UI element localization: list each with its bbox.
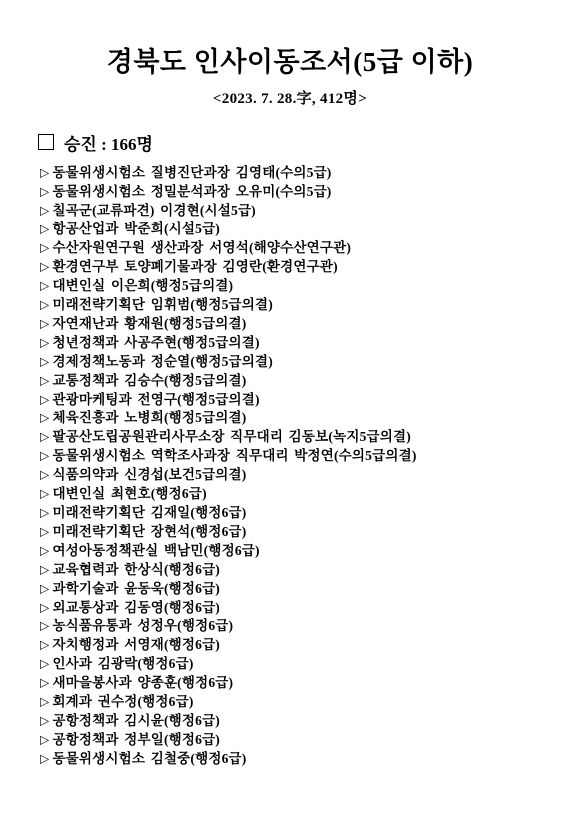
item-text: 교육협력과 한상식(행정6급) xyxy=(52,562,220,577)
item-text: 공항정책과 김시윤(행정6급) xyxy=(52,713,220,728)
triangle-bullet-icon: ▷ xyxy=(40,541,49,560)
item-text: 새마을봉사과 양종훈(행정6급) xyxy=(52,675,233,690)
triangle-bullet-icon: ▷ xyxy=(40,522,49,541)
list-item: ▷교육협력과 한상식(행정6급) xyxy=(40,561,580,580)
item-text: 여성아동정책관실 백남민(행정6급) xyxy=(52,543,259,558)
list-item: ▷대변인실 최현호(행정6급) xyxy=(40,485,580,504)
list-item: ▷칠곡군(교류파견) 이경현(시설5급) xyxy=(40,202,580,221)
square-bullet-icon: □ xyxy=(38,134,54,150)
item-text: 경제정책노동과 정순열(행정5급의결) xyxy=(52,354,273,369)
triangle-bullet-icon: ▷ xyxy=(40,371,49,390)
triangle-bullet-icon: ▷ xyxy=(40,504,49,523)
list-item: ▷자연재난과 황재원(행정5급의결) xyxy=(40,315,580,334)
triangle-bullet-icon: ▷ xyxy=(40,655,49,674)
triangle-bullet-icon: ▷ xyxy=(40,730,49,749)
item-text: 동물위생시험소 역학조사과장 직무대리 박정연(수의5급의결) xyxy=(52,448,416,463)
list-item: ▷외교통상과 김동영(행정6급) xyxy=(40,599,580,618)
list-item: ▷관광마케팅과 전영구(행정5급의결) xyxy=(40,391,580,410)
item-text: 청년정책과 사공주현(행정5급의결) xyxy=(52,335,259,350)
triangle-bullet-icon: ▷ xyxy=(40,693,49,712)
triangle-bullet-icon: ▷ xyxy=(40,749,49,768)
item-text: 공항정책과 정부일(행정6급) xyxy=(52,732,220,747)
item-text: 미래전략기획단 장현석(행정6급) xyxy=(52,524,246,539)
triangle-bullet-icon: ▷ xyxy=(40,466,49,485)
item-text: 환경연구부 토양폐기물과장 김영란(환경연구관) xyxy=(52,259,337,274)
item-text: 동물위생시험소 정밀분석과장 오유미(수의5급) xyxy=(52,184,331,199)
list-item: ▷교통정책과 김승수(행정5급의결) xyxy=(40,372,580,391)
item-text: 수산자원연구원 생산과장 서영석(해양수산연구관) xyxy=(52,240,351,255)
list-item: ▷청년정책과 사공주현(행정5급의결) xyxy=(40,334,580,353)
promotion-list: ▷동물위생시험소 질병진단과장 김영태(수의5급)▷동물위생시험소 정밀분석과장… xyxy=(40,164,580,769)
list-item: ▷자치행정과 서영재(행정6급) xyxy=(40,636,580,655)
triangle-bullet-icon: ▷ xyxy=(40,352,49,371)
list-item: ▷공항정책과 정부일(행정6급) xyxy=(40,731,580,750)
list-item: ▷미래전략기획단 임휘범(행정5급의결) xyxy=(40,296,580,315)
triangle-bullet-icon: ▷ xyxy=(40,711,49,730)
list-item: ▷팔공산도립공원관리사무소장 직무대리 김동보(녹지5급의결) xyxy=(40,428,580,447)
section-title: 승진 : 166명 xyxy=(64,130,153,155)
document-title: 경북도 인사이동조서(5급 이하) xyxy=(0,0,580,78)
item-text: 교통정책과 김승수(행정5급의결) xyxy=(52,373,246,388)
triangle-bullet-icon: ▷ xyxy=(40,296,49,315)
document-subtitle: <2023. 7. 28.字, 412명> xyxy=(0,87,580,108)
item-text: 대변인실 최현호(행정6급) xyxy=(52,486,206,501)
list-item: ▷동물위생시험소 정밀분석과장 오유미(수의5급) xyxy=(40,183,580,202)
list-item: ▷식품의약과 신경섭(보건5급의결) xyxy=(40,466,580,485)
item-text: 회계과 권수정(행정6급) xyxy=(52,694,193,709)
triangle-bullet-icon: ▷ xyxy=(40,239,49,258)
item-text: 팔공산도립공원관리사무소장 직무대리 김동보(녹지5급의결) xyxy=(52,429,411,444)
item-text: 항공산업과 박준희(시설5급) xyxy=(52,221,220,236)
triangle-bullet-icon: ▷ xyxy=(40,390,49,409)
triangle-bullet-icon: ▷ xyxy=(40,617,49,636)
list-item: ▷회계과 권수정(행정6급) xyxy=(40,693,580,712)
list-item: ▷여성아동정책관실 백남민(행정6급) xyxy=(40,542,580,561)
list-item: ▷체육진흥과 노병희(행정5급의결) xyxy=(40,409,580,428)
list-item: ▷공항정책과 김시윤(행정6급) xyxy=(40,712,580,731)
item-text: 동물위생시험소 질병진단과장 김영태(수의5급) xyxy=(52,165,331,180)
list-item: ▷미래전략기획단 장현석(행정6급) xyxy=(40,523,580,542)
list-item: ▷과학기술과 윤동욱(행정6급) xyxy=(40,580,580,599)
list-item: ▷대변인실 이은희(행정5급의결) xyxy=(40,277,580,296)
list-item: ▷농식품유통과 성정우(행정6급) xyxy=(40,617,580,636)
item-text: 외교통상과 김동영(행정6급) xyxy=(52,600,220,615)
list-item: ▷수산자원연구원 생산과장 서영석(해양수산연구관) xyxy=(40,239,580,258)
item-text: 과학기술과 윤동욱(행정6급) xyxy=(52,581,220,596)
triangle-bullet-icon: ▷ xyxy=(40,258,49,277)
triangle-bullet-icon: ▷ xyxy=(40,314,49,333)
triangle-bullet-icon: ▷ xyxy=(40,579,49,598)
item-text: 칠곡군(교류파견) 이경현(시설5급) xyxy=(52,203,255,218)
triangle-bullet-icon: ▷ xyxy=(40,333,49,352)
item-text: 미래전략기획단 임휘범(행정5급의결) xyxy=(52,297,273,312)
list-item: ▷동물위생시험소 역학조사과장 직무대리 박정연(수의5급의결) xyxy=(40,447,580,466)
list-item: ▷경제정책노동과 정순열(행정5급의결) xyxy=(40,353,580,372)
triangle-bullet-icon: ▷ xyxy=(40,674,49,693)
triangle-bullet-icon: ▷ xyxy=(40,447,49,466)
item-text: 관광마케팅과 전영구(행정5급의결) xyxy=(52,392,259,407)
triangle-bullet-icon: ▷ xyxy=(40,636,49,655)
triangle-bullet-icon: ▷ xyxy=(40,201,49,220)
triangle-bullet-icon: ▷ xyxy=(40,182,49,201)
item-text: 식품의약과 신경섭(보건5급의결) xyxy=(52,467,246,482)
item-text: 자치행정과 서영재(행정6급) xyxy=(52,637,220,652)
item-text: 대변인실 이은희(행정5급의결) xyxy=(52,278,233,293)
item-text: 체육진흥과 노병희(행정5급의결) xyxy=(52,410,246,425)
triangle-bullet-icon: ▷ xyxy=(40,277,49,296)
item-text: 미래전략기획단 김재일(행정6급) xyxy=(52,505,246,520)
list-item: ▷새마을봉사과 양종훈(행정6급) xyxy=(40,674,580,693)
item-text: 자연재난과 황재원(행정5급의결) xyxy=(52,316,246,331)
triangle-bullet-icon: ▷ xyxy=(40,560,49,579)
triangle-bullet-icon: ▷ xyxy=(40,220,49,239)
document-page: 경북도 인사이동조서(5급 이하) <2023. 7. 28.字, 412명> … xyxy=(0,0,580,820)
triangle-bullet-icon: ▷ xyxy=(40,428,49,447)
list-item: ▷미래전략기획단 김재일(행정6급) xyxy=(40,504,580,523)
triangle-bullet-icon: ▷ xyxy=(40,598,49,617)
item-text: 동물위생시험소 김철중(행정6급) xyxy=(52,751,246,766)
list-item: ▷동물위생시험소 김철중(행정6급) xyxy=(40,750,580,769)
item-text: 인사과 김광락(행정6급) xyxy=(52,656,193,671)
section-header: □ 승진 : 166명 xyxy=(38,130,580,155)
triangle-bullet-icon: ▷ xyxy=(40,409,49,428)
item-text: 농식품유통과 성정우(행정6급) xyxy=(52,618,233,633)
triangle-bullet-icon: ▷ xyxy=(40,163,49,182)
list-item: ▷환경연구부 토양폐기물과장 김영란(환경연구관) xyxy=(40,258,580,277)
list-item: ▷항공산업과 박준희(시설5급) xyxy=(40,220,580,239)
list-item: ▷동물위생시험소 질병진단과장 김영태(수의5급) xyxy=(40,164,580,183)
triangle-bullet-icon: ▷ xyxy=(40,485,49,504)
list-item: ▷인사과 김광락(행정6급) xyxy=(40,655,580,674)
